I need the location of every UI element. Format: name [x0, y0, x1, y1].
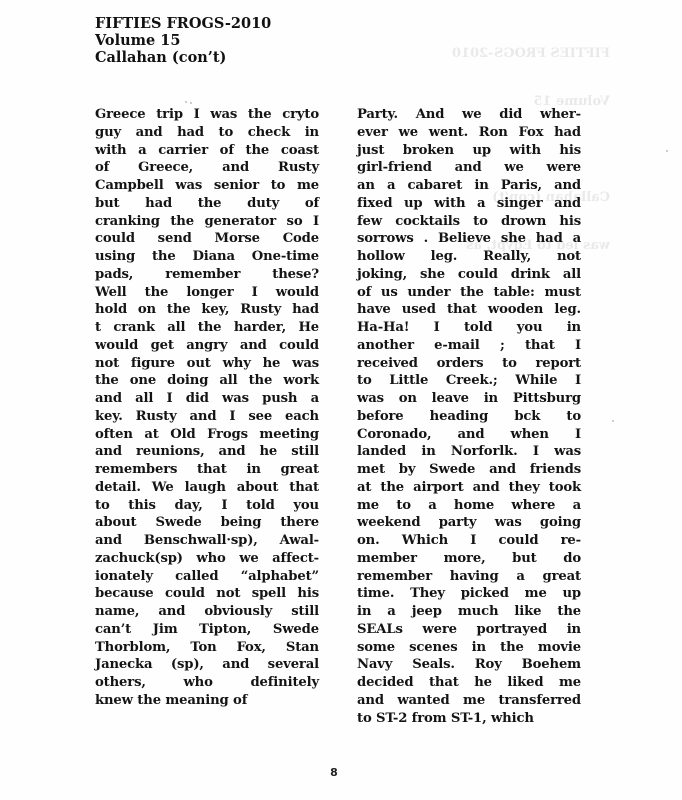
text-line: was on leave in Pittsburg [357, 390, 581, 408]
text-line: time. They picked me up [357, 585, 581, 603]
text-line: weekend party was going [357, 514, 581, 532]
left-column: Greece trip I was the crytoguy and had t… [95, 106, 319, 710]
text-line: detail. We laugh about that [95, 479, 319, 497]
text-line: just broken up with his [357, 142, 581, 160]
text-line: and all I did was push a [95, 390, 319, 408]
text-line: guy and had to check in [95, 124, 319, 142]
text-line: but had the duty of [95, 195, 319, 213]
text-line: Thorblom, Ton Fox, Stan [95, 639, 319, 657]
text-line: SEALs were portrayed in [357, 621, 581, 639]
right-column: Party. And we did wher-ever we went. Ron… [357, 106, 581, 727]
text-line: sorrows . Believe she had a [357, 230, 581, 248]
page-number: 8 [324, 766, 344, 779]
text-line: often at Old Frogs meeting [95, 426, 319, 444]
text-line: an a cabaret in Paris, and [357, 177, 581, 195]
text-line: member more, but do [357, 550, 581, 568]
text-line: can’t Jim Tipton, Swede [95, 621, 319, 639]
text-line: pads, remember these? [95, 266, 319, 284]
text-line: received orders to report [357, 355, 581, 373]
text-line: t crank all the harder, He [95, 319, 319, 337]
text-line: Campbell was senior to me [95, 177, 319, 195]
text-line: landed in Norforlk. I was [357, 443, 581, 461]
text-line: to this day, I told you [95, 497, 319, 515]
text-line: and Benschwall·sp), Awal- [95, 532, 319, 550]
text-line: and reunions, and he still [95, 443, 319, 461]
text-line: of us under the table: must [357, 284, 581, 302]
text-line: others, who definitely [95, 674, 319, 692]
text-line: on. Which I could re- [357, 532, 581, 550]
text-line: and wanted me transferred [357, 692, 581, 710]
text-line: because could not spell his [95, 585, 319, 603]
newsletter-title: FIFTIES FROGS-2010 [95, 15, 271, 32]
text-line: Ha-Ha! I told you in [357, 319, 581, 337]
text-line: ever we went. Ron Fox had [357, 124, 581, 142]
text-line: to Little Creek.; While I [357, 372, 581, 390]
scan-speck [612, 420, 614, 422]
text-line: Coronado, and when I [357, 426, 581, 444]
text-line: of Greece, and Rusty [95, 159, 319, 177]
text-line: decided that he liked me [357, 674, 581, 692]
text-line: met by Swede and friends [357, 461, 581, 479]
scan-speck [190, 102, 192, 104]
text-line: hollow leg. Really, not [357, 248, 581, 266]
text-line: me to a home where a [357, 497, 581, 515]
text-line: could send Morse Code [95, 230, 319, 248]
volume-label: Volume 15 [95, 32, 271, 49]
text-line: remember having a great [357, 568, 581, 586]
article-title: Callahan (con’t) [95, 49, 271, 66]
text-line: would get angry and could [95, 337, 319, 355]
text-line: Party. And we did wher- [357, 106, 581, 124]
text-line: before heading bck to [357, 408, 581, 426]
text-line: name, and obviously still [95, 603, 319, 621]
text-line: the one doing all the work [95, 372, 319, 390]
text-line: to ST-2 from ST-1, which [357, 710, 581, 728]
text-line: Navy Seals. Roy Boehem [357, 656, 581, 674]
text-line: about Swede being there [95, 514, 319, 532]
text-line: ionately called “alphabet” [95, 568, 319, 586]
text-line: cranking the generator so I [95, 213, 319, 231]
scanned-page: FIFTIES FROGS-2010 Volume 15 Callahan (c… [0, 0, 682, 800]
page-header: FIFTIES FROGS-2010 Volume 15 Callahan (c… [95, 15, 271, 66]
scan-speck [666, 150, 668, 152]
text-line: joking, she could drink all [357, 266, 581, 284]
text-line: at the airport and they took [357, 479, 581, 497]
text-line: some scenes in the movie [357, 639, 581, 657]
text-line: Greece trip I was the cryto [95, 106, 319, 124]
text-line: in a jeep much like the [357, 603, 581, 621]
text-line: girl-friend and we were [357, 159, 581, 177]
bleed-through-line: FIFTIES FROGS-2010 [410, 46, 610, 62]
text-line: have used that wooden leg. [357, 301, 581, 319]
text-line: knew the meaning of [95, 692, 319, 710]
text-line: with a carrier of the coast [95, 142, 319, 160]
scan-speck [185, 101, 187, 103]
text-line: Janecka (sp), and several [95, 656, 319, 674]
text-line: key. Rusty and I see each [95, 408, 319, 426]
text-line: remembers that in great [95, 461, 319, 479]
text-line: few cocktails to drown his [357, 213, 581, 231]
text-line: another e-mail ; that I [357, 337, 581, 355]
text-line: using the Diana One-time [95, 248, 319, 266]
text-line: zachuck(sp) who we affect- [95, 550, 319, 568]
text-line: fixed up with a singer and [357, 195, 581, 213]
text-line: hold on the key, Rusty had [95, 301, 319, 319]
text-line: not figure out why he was [95, 355, 319, 373]
text-line: Well the longer I would [95, 284, 319, 302]
